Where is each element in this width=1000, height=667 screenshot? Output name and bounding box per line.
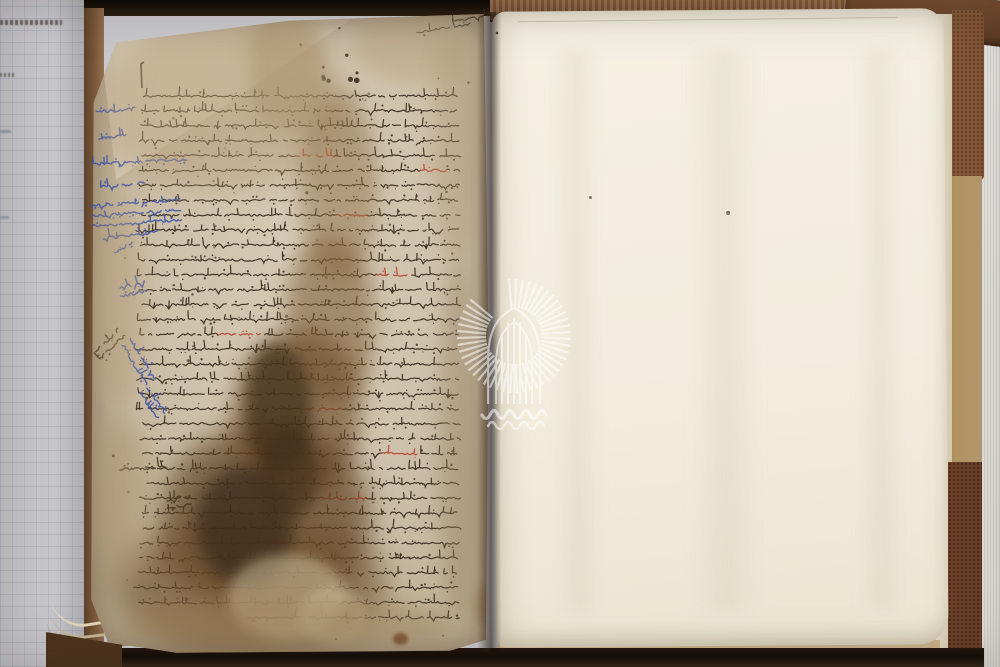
mat-ruler-tick xyxy=(0,130,11,133)
cover-right-board xyxy=(952,176,982,466)
grid-mat-background xyxy=(0,0,88,667)
paper-speck xyxy=(589,196,592,199)
mat-ruler-tick xyxy=(0,216,9,219)
water-stain xyxy=(393,633,408,645)
cover-right-leather-top xyxy=(952,10,984,180)
mat-printed-text-small xyxy=(0,73,16,77)
cover-top-edge-shadow xyxy=(84,0,496,16)
water-stain-layer xyxy=(88,13,490,654)
water-stain xyxy=(92,200,144,408)
manuscript-photo-scene xyxy=(0,0,1000,667)
water-stain xyxy=(262,428,318,520)
paper-speck xyxy=(726,211,730,215)
mat-printed-text xyxy=(0,20,62,25)
water-stain xyxy=(92,420,152,588)
gutter-shadow xyxy=(477,12,501,652)
right-folio-blank xyxy=(492,8,949,648)
paper-specks xyxy=(492,8,949,648)
cover-right-leather-bottom xyxy=(948,462,982,654)
water-stain xyxy=(432,36,480,264)
water-stain xyxy=(438,262,480,618)
